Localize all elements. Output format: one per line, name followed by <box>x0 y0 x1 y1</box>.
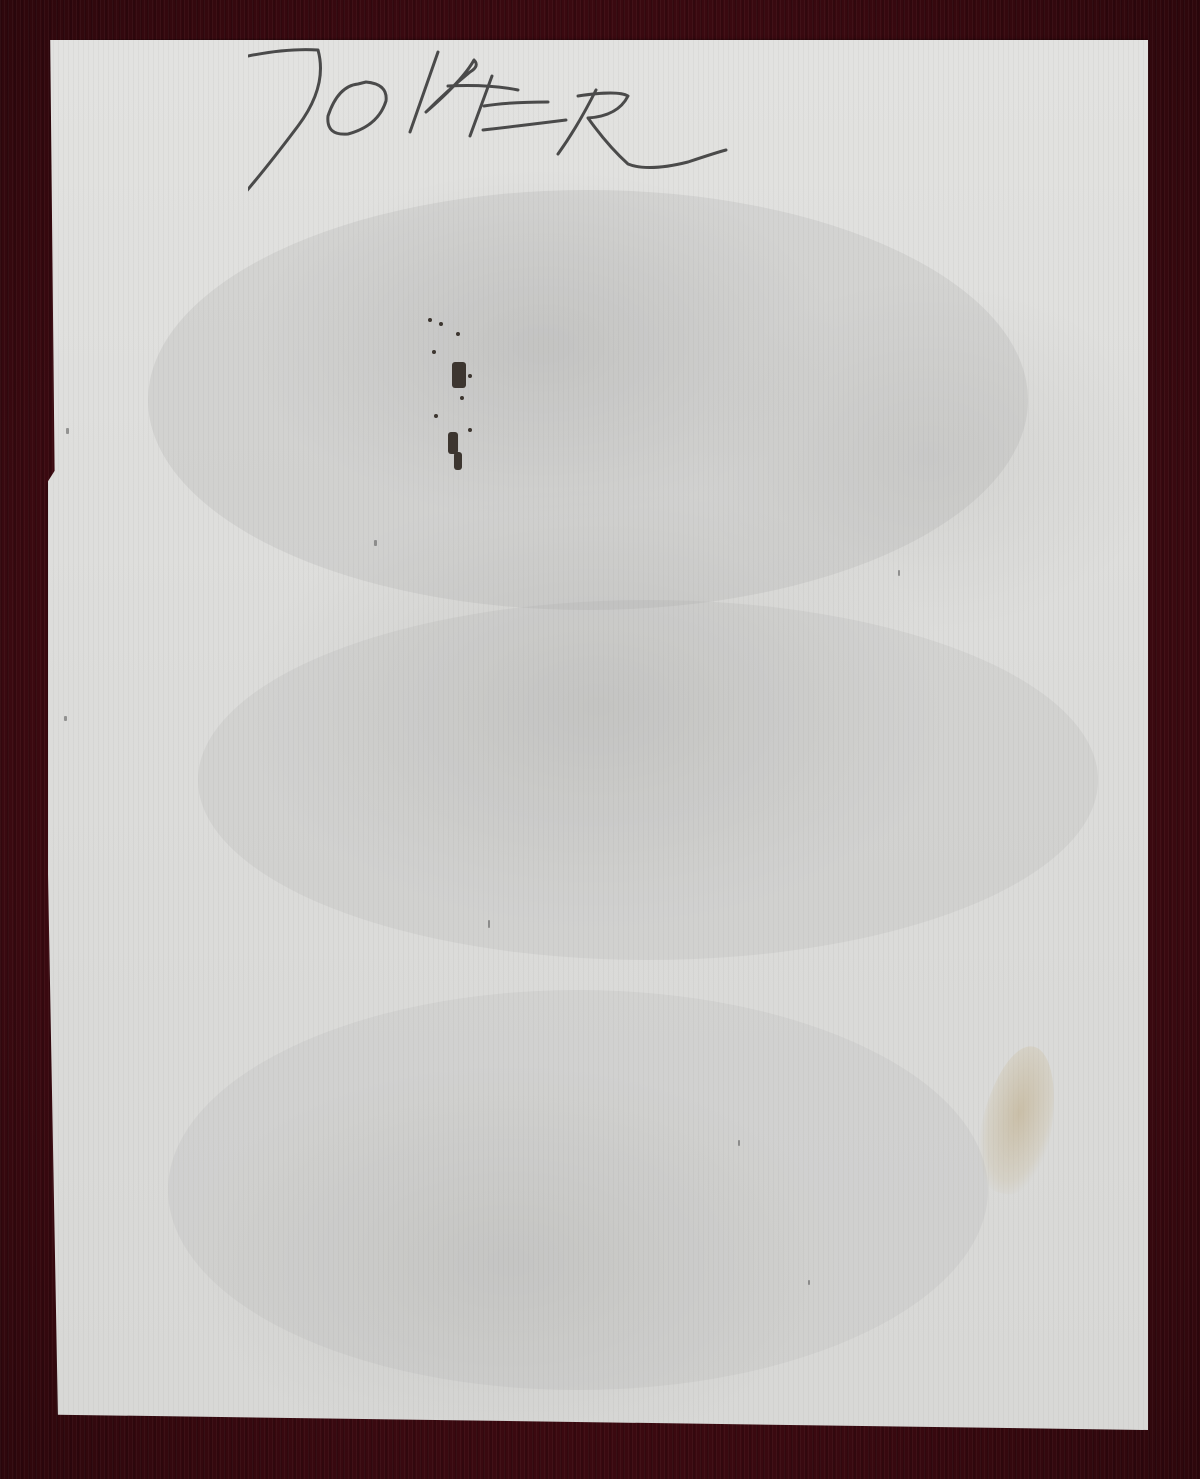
speck <box>808 1280 810 1285</box>
speck <box>66 428 69 434</box>
water-stain <box>148 190 1028 610</box>
handwritten-label: JOKER <box>248 46 728 206</box>
speck <box>374 540 377 546</box>
pencil-writing-icon <box>248 46 728 206</box>
paper-sheet: JOKER <box>48 40 1148 1430</box>
speck <box>64 716 67 721</box>
speck <box>488 920 490 928</box>
water-stain <box>198 600 1098 960</box>
speck <box>898 570 900 576</box>
dark-residue-spot <box>426 312 486 482</box>
water-stain <box>168 990 988 1390</box>
brown-stain <box>968 1039 1068 1200</box>
speck <box>738 1140 740 1146</box>
